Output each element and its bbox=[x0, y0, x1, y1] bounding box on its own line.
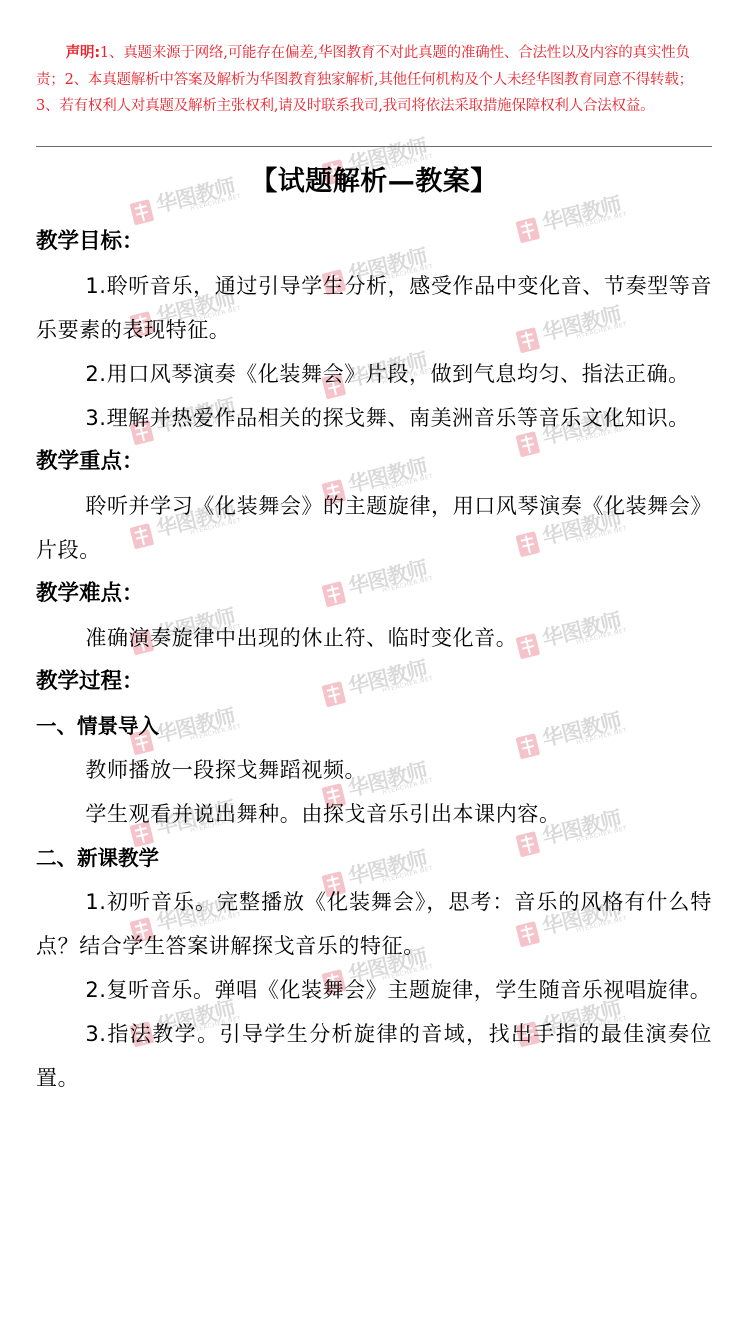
section-heading-process: 教学过程： bbox=[36, 660, 712, 704]
objective-item: 3.理解并热爱作品相关的探戈舞、南美洲音乐等音乐文化知识。 bbox=[36, 396, 712, 440]
section-heading-key-points: 教学重点： bbox=[36, 440, 712, 484]
section-heading-objectives: 教学目标： bbox=[36, 220, 712, 264]
objective-item: 2.用口风琴演奏《化装舞会》片段，做到气息均匀、指法正确。 bbox=[36, 352, 712, 396]
process-part1-heading: 一、情景导入 bbox=[36, 704, 712, 748]
process-part2-item: 2.复听音乐。弹唱《化装舞会》主题旋律，学生随音乐视唱旋律。 bbox=[36, 968, 712, 1012]
disclaimer-lead: 声明: bbox=[66, 45, 100, 61]
objective-item: 1.聆听音乐，通过引导学生分析，感受作品中变化音、节奏型等音乐要素的表现特征。 bbox=[36, 264, 712, 352]
difficulties-text: 准确演奏旋律中出现的休止符、临时变化音。 bbox=[36, 616, 712, 660]
process-part2-item: 3.指法教学。引导学生分析旋律的音域，找出手指的最佳演奏位置。 bbox=[36, 1012, 712, 1100]
divider bbox=[36, 146, 712, 147]
page-title: 【试题解析—教案】 bbox=[0, 162, 748, 202]
disclaimer-text: 1、真题来源于网络,可能存在偏差,华图教育不对此真题的准确性、合法性以及内容的真… bbox=[36, 45, 693, 114]
process-part2-heading: 二、新课教学 bbox=[36, 836, 712, 880]
process-part1-line: 学生观看并说出舞种。由探戈音乐引出本课内容。 bbox=[36, 792, 712, 836]
lesson-plan-content: 教学目标： 1.聆听音乐，通过引导学生分析，感受作品中变化音、节奏型等音乐要素的… bbox=[36, 220, 712, 1100]
section-heading-difficulties: 教学难点： bbox=[36, 572, 712, 616]
key-points-text: 聆听并学习《化装舞会》的主题旋律，用口风琴演奏《化装舞会》片段。 bbox=[36, 484, 712, 572]
disclaimer: 声明:1、真题来源于网络,可能存在偏差,华图教育不对此真题的准确性、合法性以及内… bbox=[36, 40, 712, 120]
process-part2-item: 1.初听音乐。完整播放《化装舞会》，思考：音乐的风格有什么特点？结合学生答案讲解… bbox=[36, 880, 712, 968]
process-part1-line: 教师播放一段探戈舞蹈视频。 bbox=[36, 748, 712, 792]
